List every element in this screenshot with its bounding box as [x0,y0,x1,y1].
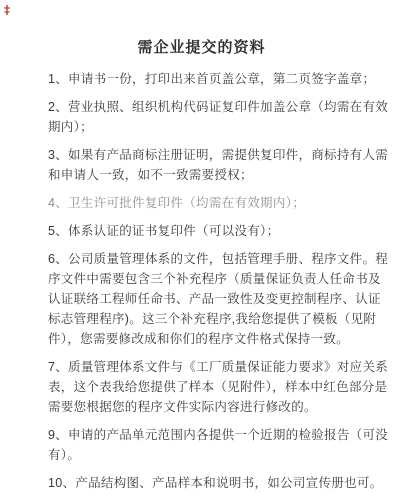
list-item: 4、卫生许可批件复印件（均需在有效期内）； [48,193,390,213]
requirements-list: 1、申请书一份，打印出来首页盖公章，第二页签字盖章；2、营业执照、组织机构代码证… [0,57,403,493]
list-item: 9、申请的产品单元范围内各提供一个近期的检验报告（可没有）。 [48,425,390,465]
list-item: 10、产品结构图、产品样本和说明书，如公司宣传册也可。 [48,473,390,493]
list-item: 3、如果有产品商标注册证明，需提供复印件，商标持有人需和申请人一致，如不一致需要… [48,145,390,185]
list-item: 1、申请书一份，打印出来首页盖公章，第二页签字盖章； [48,69,390,89]
red-corner-mark-icon [3,4,11,16]
list-item: 2、营业执照、组织机构代码证复印件加盖公章（均需在有效期内）； [48,97,390,137]
document-page: 需企业提交的资料 1、申请书一份，打印出来首页盖公章，第二页签字盖章；2、营业执… [0,0,403,496]
page-title: 需企业提交的资料 [0,0,403,57]
list-item: 6、公司质量管理体系的文件，包括管理手册、程序文件。程序文件中需要包含三个补充程… [48,249,390,349]
list-item: 5、体系认证的证书复印件（可以没有）； [48,221,390,241]
list-item: 7、质量管理体系文件与《工厂质量保证能力要求》对应关系表，这个表我给您提供了样本… [48,357,390,417]
